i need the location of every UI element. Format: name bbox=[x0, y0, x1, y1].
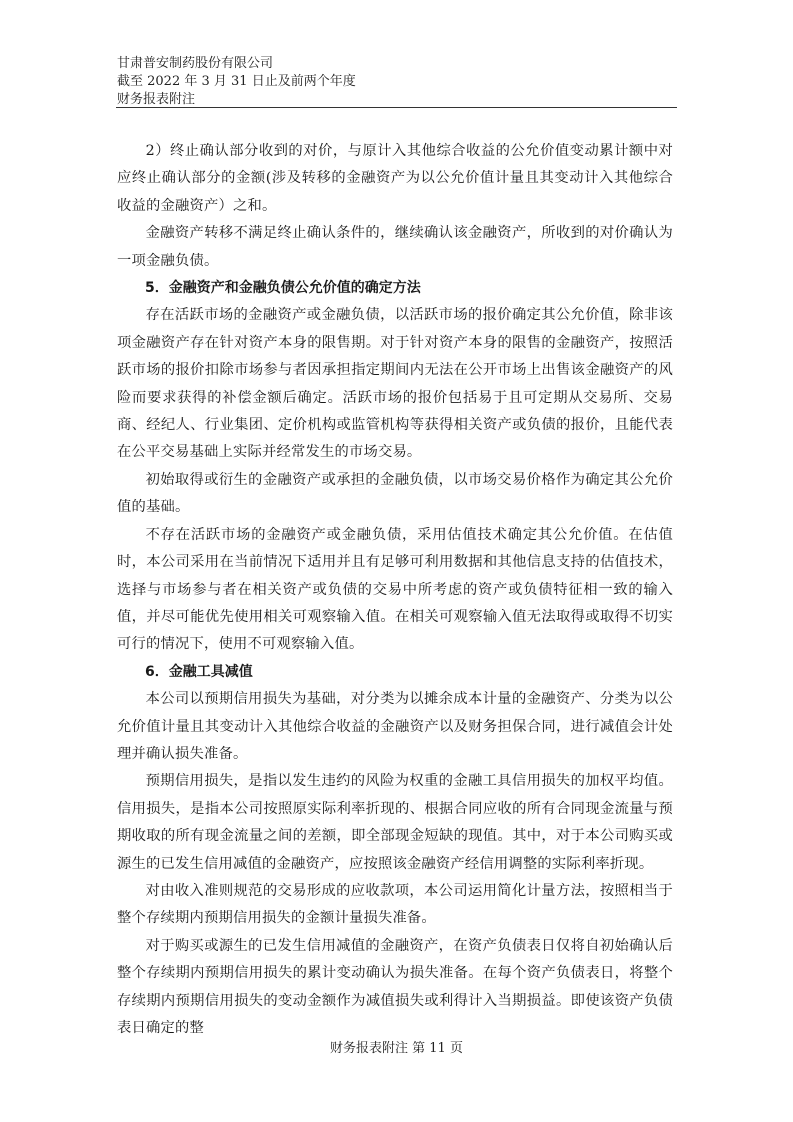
paragraph: 预期信用损失，是指以发生违约的风险为权重的金融工具信用损失的加权平均值。信用损失… bbox=[117, 768, 673, 878]
header-rule bbox=[116, 107, 677, 108]
paragraph: 对由收入准则规范的交易形成的应收款项，本公司运用简化计量方法，按照相当于整个存续… bbox=[117, 878, 673, 933]
section-heading: 6．金融工具减值 bbox=[117, 659, 673, 686]
report-period: 截至 2022 年 3 月 31 日止及前两个年度 bbox=[117, 73, 677, 91]
paragraph: 对于购买或源生的已发生信用减值的金融资产，在资产负债表日仅将自初始确认后整个存续… bbox=[117, 933, 673, 1043]
page-footer: 财务报表附注 第 11 页 bbox=[0, 1037, 793, 1056]
company-name: 甘肃普安制药股份有限公司 bbox=[117, 55, 677, 73]
paragraph: 存在活跃市场的金融资产或金融负债，以活跃市场的报价确定其公允价值，除非该项金融资… bbox=[117, 302, 673, 466]
paragraph: 本公司以预期信用损失为基础，对分类为以摊余成本计量的金融资产、分类为以公允价值计… bbox=[117, 686, 673, 768]
section-heading: 5．金融资产和金融负债公允价值的确定方法 bbox=[117, 275, 673, 302]
page-header: 甘肃普安制药股份有限公司 截至 2022 年 3 月 31 日止及前两个年度 财… bbox=[117, 55, 677, 109]
document-body: 2）终止确认部分收到的对价，与原计入其他综合收益的公允价值变动累计额中对应终止确… bbox=[117, 138, 673, 1042]
paragraph: 不存在活跃市场的金融资产或金融负债，采用估值技术确定其公允价值。在估值时，本公司… bbox=[117, 522, 673, 659]
paragraph: 初始取得或衍生的金融资产或承担的金融负债，以市场交易价格作为确定其公允价值的基础… bbox=[117, 467, 673, 522]
paragraph: 2）终止确认部分收到的对价，与原计入其他综合收益的公允价值变动累计额中对应终止确… bbox=[117, 138, 673, 220]
paragraph: 金融资产转移不满足终止确认条件的，继续确认该金融资产，所收到的对价确认为一项金融… bbox=[117, 220, 673, 275]
